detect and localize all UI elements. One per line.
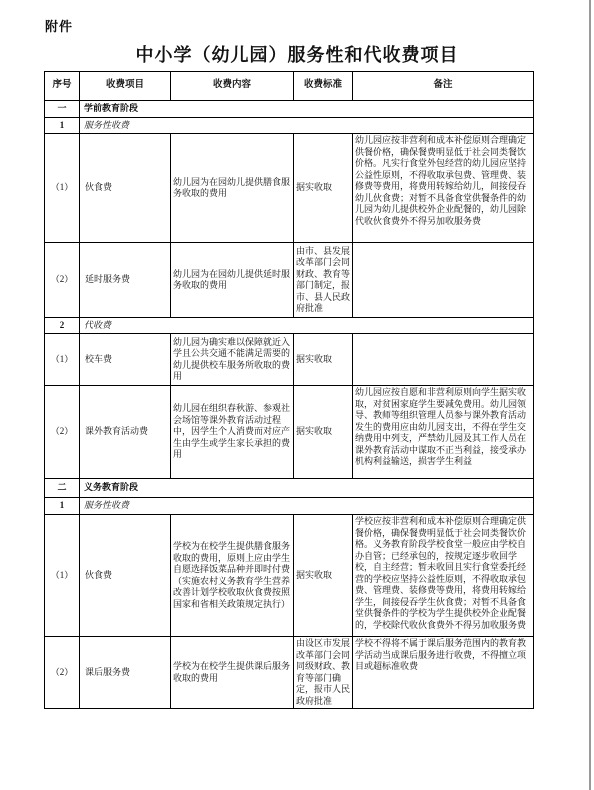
fee-item: 伙食费 — [80, 515, 171, 637]
fee-standard: 由设区市发展改革部门会同同级财政、教育等部门确定，报市人民政府批准 — [294, 637, 353, 709]
subsection-label: 服务性收费 — [80, 498, 534, 515]
section-label: 学前教育阶段 — [80, 101, 534, 118]
row-no: （1） — [45, 134, 80, 243]
row-no: （1） — [45, 334, 80, 386]
table-row-after-school-fee: （2） 课后服务费 学校为在校学生提供课后服务收取的费用 由设区市发展改革部门会… — [45, 637, 534, 709]
attachment-label: 附件 — [45, 16, 73, 35]
fee-content: 学校为在校学生提供课后服务收取的费用 — [171, 637, 294, 709]
row-no: （1） — [45, 515, 80, 637]
fee-item: 课外教育活动费 — [80, 386, 171, 479]
table-row-meal-fee-preschool: （1） 伙食费 幼儿园为在园幼儿提供膳食服务收取的费用 据实收取 幼儿园应按非营… — [45, 134, 534, 243]
fee-item: 校车费 — [80, 334, 171, 386]
table-row-meal-fee-school: （1） 伙食费 学校为在校学生提供膳食服务收取的费用，原则上应由学生自愿选择饭菜… — [45, 515, 534, 637]
subsection-no: 2 — [45, 318, 80, 334]
subsection-label: 代收费 — [80, 318, 534, 334]
fee-remark: 幼儿园应按非营利和成本补偿原则合理确定供餐价格，确保餐费明显低于社会同类餐饮价格… — [353, 134, 534, 243]
fee-standard: 据实收取 — [294, 134, 353, 243]
fee-standard: 据实收取 — [294, 515, 353, 637]
header-cell-item: 收费项目 — [80, 72, 171, 101]
page-title: 中小学（幼儿园）服务性和代收费项目 — [0, 41, 594, 67]
page-edge-line — [589, 0, 591, 790]
fee-remark: 学校应按非营利和成本补偿原则合理确定供餐价格，确保餐费明显低于社会同类餐饮价格。… — [353, 515, 534, 637]
fee-table: 序号 收费项目 收费内容 收费标准 备注 一 学前教育阶段 1 服务性收费 （1… — [44, 71, 534, 709]
table-row-extended-care-fee: （2） 延时服务费 幼儿园为在园幼儿提供延时服务收取的费用 由市、县发展改革部门… — [45, 243, 534, 318]
fee-content: 幼儿园为确实难以保障就近入学且公共交通不能满足需要的幼儿提供校车服务所收取的费用 — [171, 334, 294, 386]
fee-content: 幼儿园为在园幼儿提供膳食服务收取的费用 — [171, 134, 294, 243]
section-no: 二 — [45, 479, 80, 498]
fee-remark: 幼儿园应按自愿和非营利原则向学生据实收取，对贫困家庭学生要减免费用。幼儿园领导、… — [353, 386, 534, 479]
row-no: （2） — [45, 386, 80, 479]
section-label: 义务教育阶段 — [80, 479, 534, 498]
subsection-label: 服务性收费 — [80, 118, 534, 134]
fee-content: 幼儿园为在园幼儿提供延时服务收取的费用 — [171, 243, 294, 318]
fee-remark: 学校不得将不属于课后服务范围内的教育教学活动当成课后服务进行收费，不得擅立项目或… — [353, 637, 534, 709]
subsection-row-collected-fees: 2 代收费 — [45, 318, 534, 334]
fee-remark — [353, 334, 534, 386]
row-no: （2） — [45, 637, 80, 709]
fee-item: 伙食费 — [80, 134, 171, 243]
header-cell-no: 序号 — [45, 72, 80, 101]
fee-standard: 据实收取 — [294, 334, 353, 386]
fee-item: 课后服务费 — [80, 637, 171, 709]
fee-standard: 据实收取 — [294, 386, 353, 479]
fee-remark — [353, 243, 534, 318]
fee-standard: 由市、县发展改革部门会同财政、教育等部门制定，报市、县人民政府批准 — [294, 243, 353, 318]
table-header-row: 序号 收费项目 收费内容 收费标准 备注 — [45, 72, 534, 101]
row-no: （2） — [45, 243, 80, 318]
section-row-compulsory: 二 义务教育阶段 — [45, 479, 534, 498]
table-row-school-bus-fee: （1） 校车费 幼儿园为确实难以保障就近入学且公共交通不能满足需要的幼儿提供校车… — [45, 334, 534, 386]
section-row-preschool: 一 学前教育阶段 — [45, 101, 534, 118]
document-page: 附件 中小学（幼儿园）服务性和代收费项目 序号 收费项目 收费内容 收费标准 备… — [0, 0, 594, 790]
fee-item: 延时服务费 — [80, 243, 171, 318]
subsection-row-service-fees: 1 服务性收费 — [45, 118, 534, 134]
fee-content: 幼儿园在组织春秋游、参观社会场馆等课外教育活动过程中，因学生个人消费而对应产生由… — [171, 386, 294, 479]
subsection-no: 1 — [45, 498, 80, 515]
table-row-extracurricular-fee: （2） 课外教育活动费 幼儿园在组织春秋游、参观社会场馆等课外教育活动过程中，因… — [45, 386, 534, 479]
header-cell-standard: 收费标准 — [294, 72, 353, 101]
subsection-row-service-fees-2: 1 服务性收费 — [45, 498, 534, 515]
header-cell-remark: 备注 — [353, 72, 534, 101]
subsection-no: 1 — [45, 118, 80, 134]
fee-content: 学校为在校学生提供膳食服务收取的费用，原则上应由学生自愿选择饭菜品种并即时付费（… — [171, 515, 294, 637]
section-no: 一 — [45, 101, 80, 118]
header-cell-content: 收费内容 — [171, 72, 294, 101]
